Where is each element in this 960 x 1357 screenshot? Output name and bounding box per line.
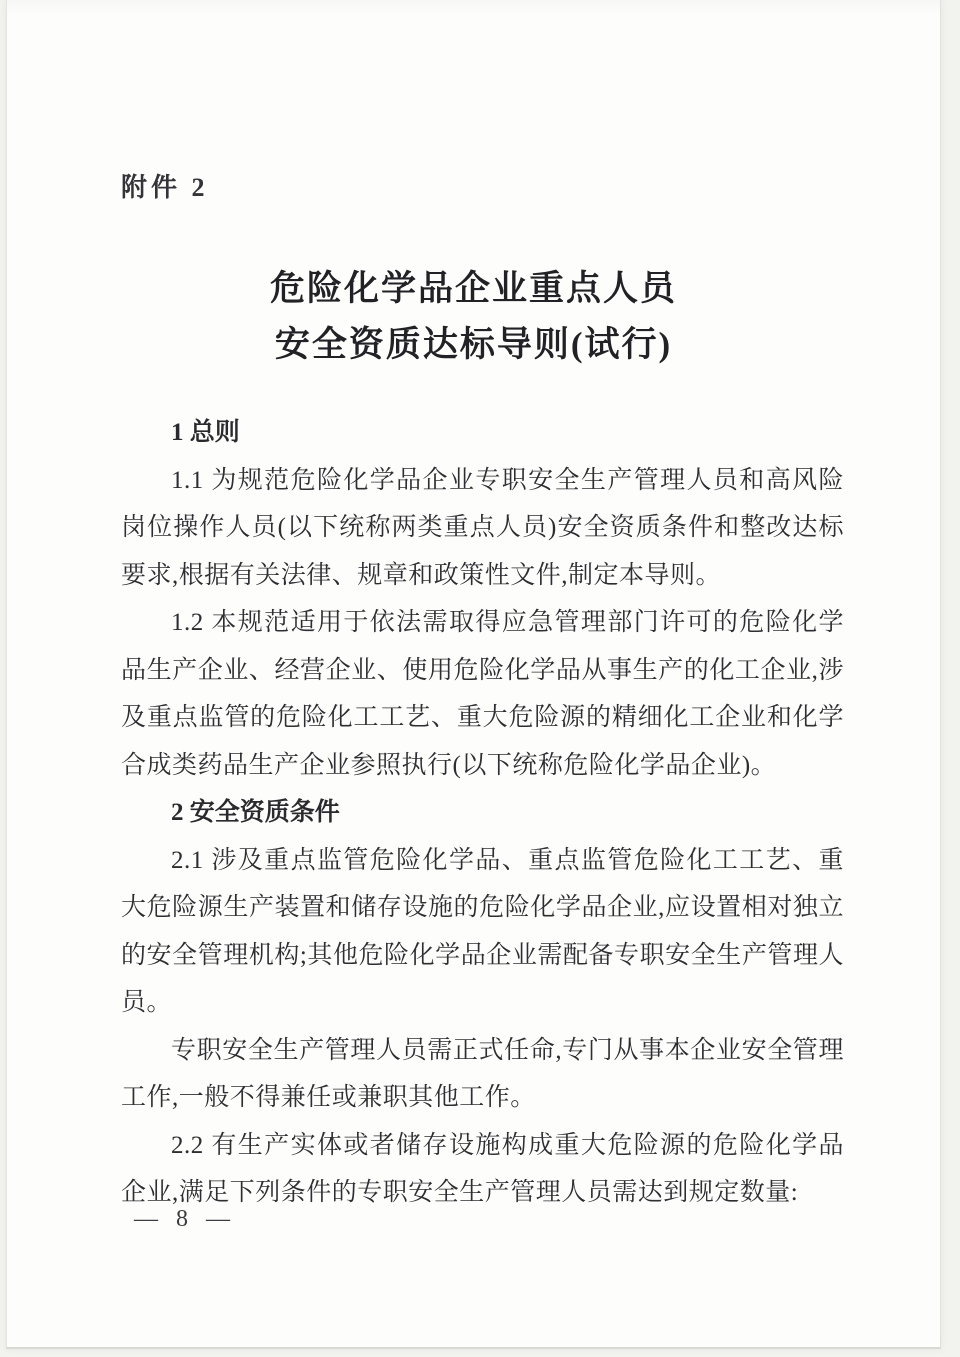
scan-background: { "page": { "attachment_label": "附件 2", … [0,0,960,1357]
scanned-page: 附件 2 危险化学品企业重点人员 安全资质达标导则(试行) 1 总则 1.1 为… [6,0,941,1349]
paragraph-1-1: 1.1 为规范危险化学品企业专职安全生产管理人员和高风险岗位操作人员(以下统称两… [121,457,844,600]
paragraph-1-2: 1.2 本规范适用于依法需取得应急管理部门许可的危险化学品生产企业、经营企业、使… [121,599,844,789]
section-2-heading: 2 安全资质条件 [121,789,844,837]
document-body: 1 总则 1.1 为规范危险化学品企业专职安全生产管理人员和高风险岗位操作人员(… [7,409,940,1217]
document-title: 危险化学品企业重点人员 安全资质达标导则(试行) [7,261,940,373]
paragraph-2-1-continuation: 专职安全生产管理人员需正式任命,专门从事本企业安全管理工作,一般不得兼任或兼职其… [121,1027,844,1122]
page-number: — 8 — [134,1206,236,1233]
document-title-line-1: 危险化学品企业重点人员 [7,261,940,317]
paragraph-2-1: 2.1 涉及重点监管危险化学品、重点监管危险化工工艺、重大危险源生产装置和储存设… [121,837,844,1027]
attachment-label: 附件 2 [7,0,940,204]
paragraph-2-2: 2.2 有生产实体或者储存设施构成重大危险源的危险化学品企业,满足下列条件的专职… [121,1122,844,1217]
document-title-line-2: 安全资质达标导则(试行) [7,317,940,373]
section-1-heading: 1 总则 [121,409,844,457]
